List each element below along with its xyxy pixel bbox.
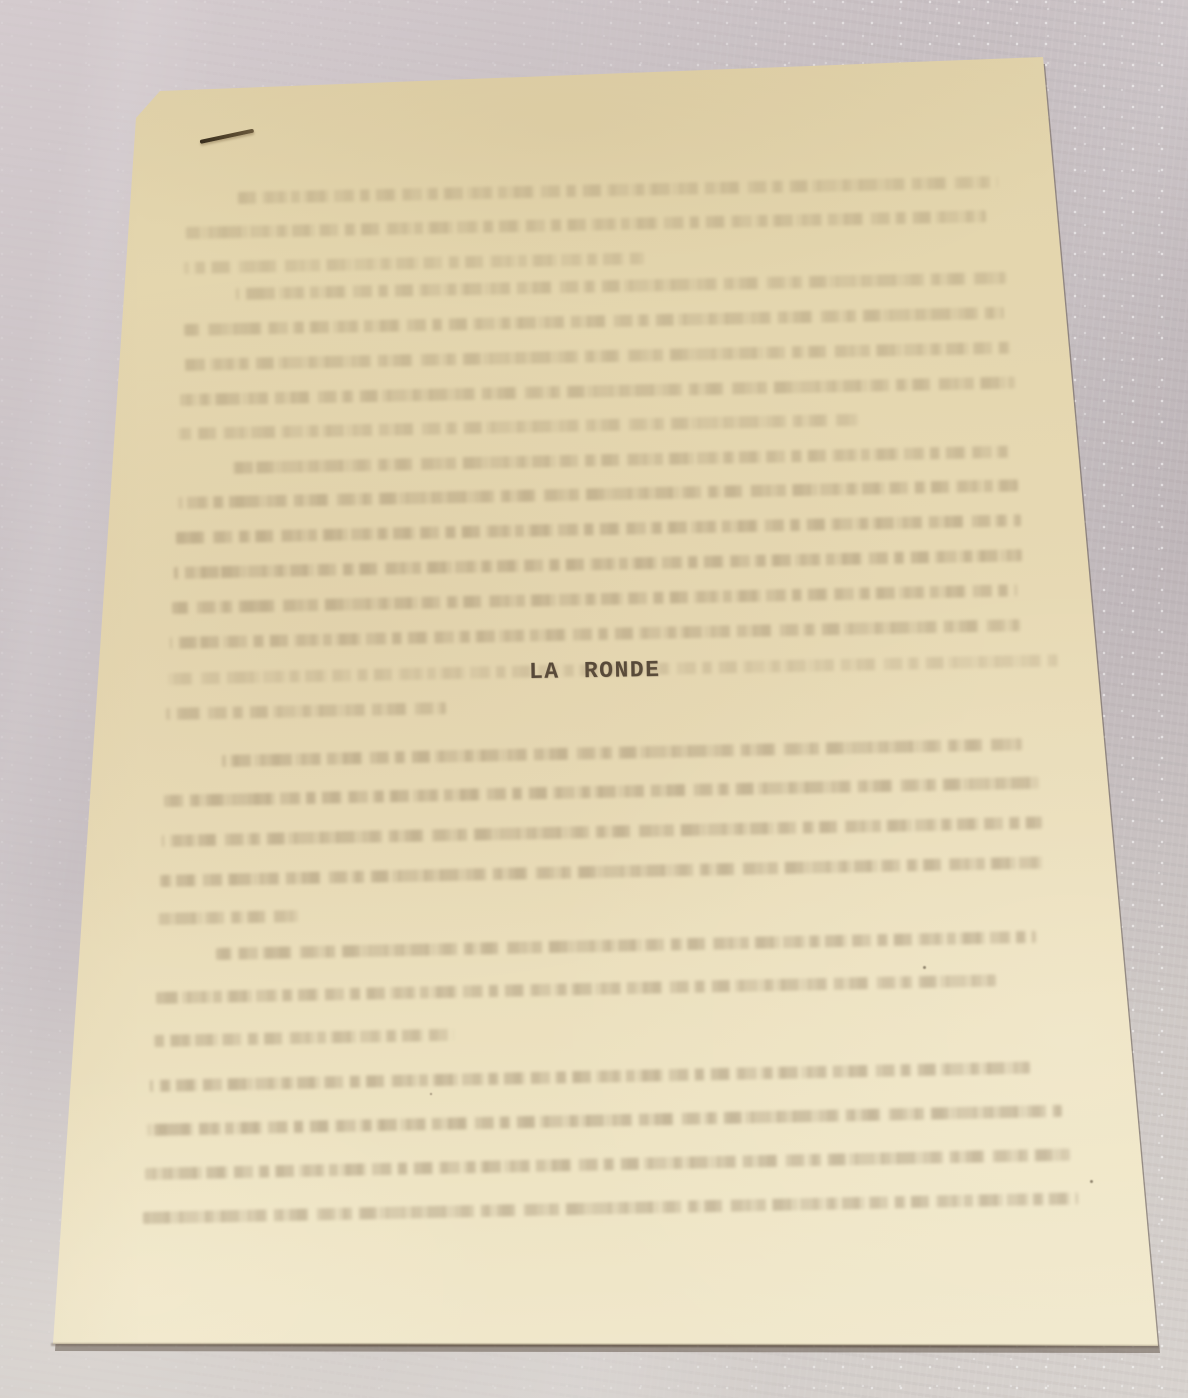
faded-text-line — [222, 738, 1022, 767]
ink-speck — [430, 1093, 432, 1095]
photo-scene: LA RONDE — [0, 0, 1188, 1398]
faded-text-line — [238, 176, 998, 204]
faded-text-line — [184, 307, 1004, 336]
ink-speck — [1090, 1180, 1093, 1183]
faded-text-line — [143, 1192, 1078, 1224]
faded-text-line — [158, 910, 298, 925]
faded-text-line — [168, 654, 1058, 685]
faded-text-line — [150, 1062, 1030, 1092]
ink-speck — [923, 966, 926, 969]
faded-text-line — [172, 584, 1017, 614]
faded-text-line — [166, 702, 446, 720]
faded-text-line — [160, 856, 1045, 887]
faded-text-line — [174, 549, 1022, 579]
faded-text-line — [216, 931, 1036, 960]
faded-text-line — [186, 210, 986, 239]
faded-text-line — [176, 514, 1021, 544]
faded-text-line — [178, 414, 858, 440]
faded-text-line — [145, 1149, 1070, 1180]
faded-text-line — [230, 446, 1010, 474]
faded-text-line — [180, 377, 1015, 406]
faded-text-line — [236, 272, 1006, 300]
faded-text-line — [164, 777, 1039, 807]
faded-text-line — [154, 1029, 454, 1047]
faded-text-line — [147, 1105, 1062, 1136]
faded-text-line — [178, 479, 1018, 509]
document-page: LA RONDE — [0, 0, 1188, 1398]
faded-text-line — [170, 619, 1020, 649]
faded-text-line — [182, 342, 1012, 371]
faded-text-line — [156, 974, 996, 1004]
faded-text-line — [184, 252, 644, 274]
faded-text-line — [162, 817, 1042, 847]
faded-typewritten-text — [0, 0, 1188, 1398]
